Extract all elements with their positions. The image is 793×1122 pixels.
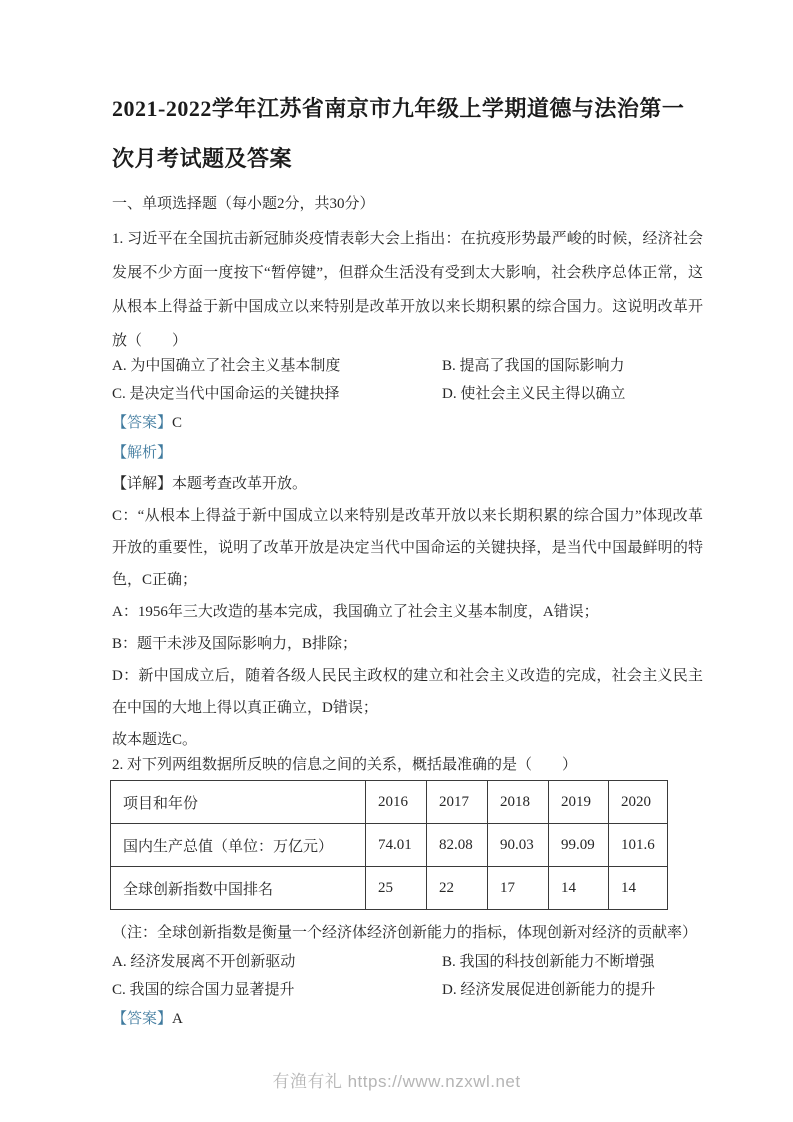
table-cell: 74.01 <box>366 824 427 867</box>
table-cell: 14 <box>609 867 668 910</box>
question-1-options: A. 为中国确立了社会主义基本制度 B. 提高了我国的国际影响力 C. 是决定当… <box>112 352 703 408</box>
answer-label: 【答案】 <box>112 1011 172 1027</box>
table-note: （注：全球创新指数是衡量一个经济体经济创新能力的指标，体现创新对经济的贡献率） <box>112 918 703 948</box>
table-cell: 25 <box>366 867 427 910</box>
page-title: 2021-2022学年江苏省南京市九年级上学期道德与法治第一 次月考试题及答案 <box>112 84 703 184</box>
option-item-c: C. 是决定当代中国命运的关键抉择 <box>112 380 442 408</box>
question-1-stem: 1. 习近平在全国抗击新冠肺炎疫情表彰大会上指出：在抗疫形势最严峻的时候，经济社… <box>112 222 703 358</box>
answer-line-q1: 【答案】C <box>112 408 703 438</box>
table-header-cell: 2016 <box>366 781 427 824</box>
table-cell: 17 <box>488 867 549 910</box>
option-row: C. 是决定当代中国命运的关键抉择 D. 使社会主义民主得以确立 <box>112 380 703 408</box>
explanation-paragraph-c: C：“从根本上得益于新中国成立以来特别是改革开放以来长期积累的综合国力”体现改革… <box>112 500 703 596</box>
detail-line-q1: 【详解】本题考查改革开放。 <box>112 468 703 500</box>
option-item-c: C. 我国的综合国力显著提升 <box>112 976 442 1004</box>
analysis-label: 【解析】 <box>112 445 172 461</box>
answer-label: 【答案】 <box>112 415 172 431</box>
footer-watermark: 有渔有礼 https://www.nzxwl.net <box>0 1067 793 1092</box>
table-header-cell: 2017 <box>427 781 488 824</box>
option-row: C. 我国的综合国力显著提升 D. 经济发展促进创新能力的提升 <box>112 976 703 1004</box>
table-header-row: 项目和年份 2016 2017 2018 2019 2020 <box>111 781 668 824</box>
table-cell: 国内生产总值（单位：万亿元） <box>111 824 366 867</box>
analysis-line-q1: 【解析】 <box>112 438 703 468</box>
table-cell: 101.6 <box>609 824 668 867</box>
question-2-data-table: 项目和年份 2016 2017 2018 2019 2020 国内生产总值（单位… <box>110 780 668 910</box>
explanation-paragraph-a: A：1956年三大改造的基本完成，我国确立了社会主义基本制度，A错误； <box>112 596 703 628</box>
page-title-line1: 2021-2022学年江苏省南京市九年级上学期道德与法治第一 <box>112 84 703 134</box>
table-header-cell: 项目和年份 <box>111 781 366 824</box>
explanation-paragraph-b: B：题干未涉及国际影响力，B排除； <box>112 628 703 660</box>
table-header-cell: 2019 <box>549 781 609 824</box>
detail-intro-text: 本题考查改革开放。 <box>172 476 307 492</box>
answer-line-q2: 【答案】A <box>112 1004 703 1034</box>
table-cell: 22 <box>427 867 488 910</box>
table-header-cell: 2020 <box>609 781 668 824</box>
table-cell: 90.03 <box>488 824 549 867</box>
table-row-innovation-rank: 全球创新指数中国排名 25 22 17 14 14 <box>111 867 668 910</box>
option-item-b: B. 提高了我国的国际影响力 <box>442 352 703 380</box>
table-cell: 14 <box>549 867 609 910</box>
table-row-gdp: 国内生产总值（单位：万亿元） 74.01 82.08 90.03 99.09 1… <box>111 824 668 867</box>
option-item-d: D. 使社会主义民主得以确立 <box>442 380 703 408</box>
option-row: A. 为中国确立了社会主义基本制度 B. 提高了我国的国际影响力 <box>112 352 703 380</box>
explanation-paragraph-d: D：新中国成立后，随着各级人民民主政权的建立和社会主义改造的完成，社会主义民主在… <box>112 660 703 724</box>
question-2-stem: 2. 对下列两组数据所反映的信息之间的关系，概括最准确的是（ ） <box>112 750 703 780</box>
question-2-options: A. 经济发展离不开创新驱动 B. 我国的科技创新能力不断增强 C. 我国的综合… <box>112 948 703 1004</box>
option-item-d: D. 经济发展促进创新能力的提升 <box>442 976 703 1004</box>
page-title-line2: 次月考试题及答案 <box>112 134 703 184</box>
detail-label: 【详解】 <box>112 476 172 492</box>
option-item-b: B. 我国的科技创新能力不断增强 <box>442 948 703 976</box>
table-cell: 全球创新指数中国排名 <box>111 867 366 910</box>
option-item-a: A. 经济发展离不开创新驱动 <box>112 948 442 976</box>
section-heading: 一、单项选择题（每小题2分，共30分） <box>112 190 703 218</box>
table-cell: 99.09 <box>549 824 609 867</box>
option-row: A. 经济发展离不开创新驱动 B. 我国的科技创新能力不断增强 <box>112 948 703 976</box>
answer-value-q1: C <box>172 415 182 431</box>
table-header-cell: 2018 <box>488 781 549 824</box>
answer-value-q2: A <box>172 1011 183 1027</box>
option-item-a: A. 为中国确立了社会主义基本制度 <box>112 352 442 380</box>
exam-document-page: 2021-2022学年江苏省南京市九年级上学期道德与法治第一 次月考试题及答案 … <box>0 0 793 1122</box>
table-cell: 82.08 <box>427 824 488 867</box>
